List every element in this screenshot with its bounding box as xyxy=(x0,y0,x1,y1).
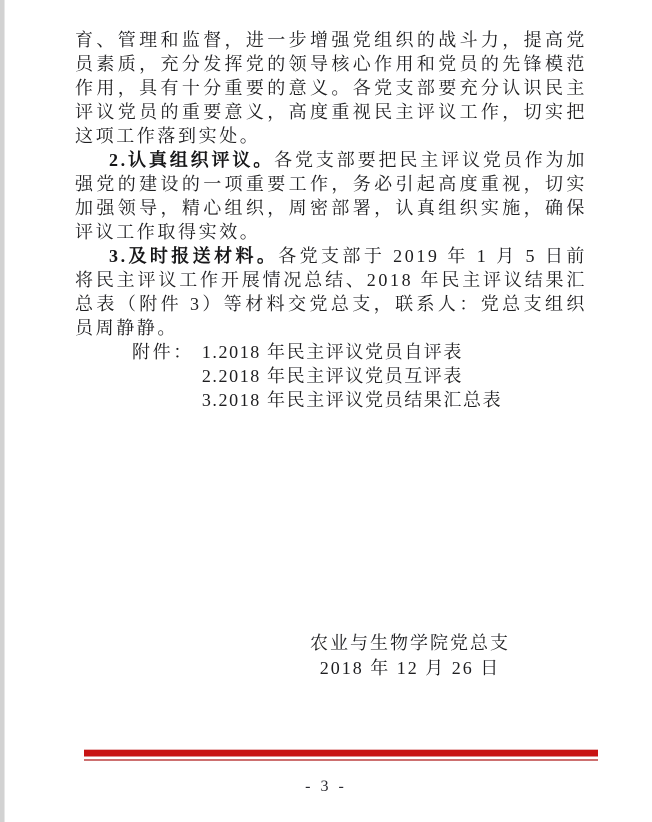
paragraph-2: 2.认真组织评议。各党支部要把民主评议党员作为加强党的建设的一项重要工作，务必引… xyxy=(75,148,587,244)
attachment-item: 2.2018 年民主评议党员互评表 xyxy=(202,364,502,388)
signature-org: 农业与生物学院党总支 xyxy=(250,631,570,656)
paragraph-3-lead: 3.及时报送材料。 xyxy=(109,246,278,266)
paragraph-continuation: 育、管理和监督，进一步增强党组织的战斗力，提高党员素质，充分发挥党的领导核心作用… xyxy=(75,28,587,148)
footer-rule-thick xyxy=(84,749,598,757)
body-text: 育、管理和监督，进一步增强党组织的战斗力，提高党员素质，充分发挥党的领导核心作用… xyxy=(75,28,587,412)
signature-block: 农业与生物学院党总支 2018 年 12 月 26 日 xyxy=(250,631,570,681)
page-number: - 3 - xyxy=(0,778,652,796)
page-edge-strip xyxy=(0,0,5,822)
footer-rule-thin xyxy=(84,759,598,761)
attachments-list: 1.2018 年民主评议党员自评表 2.2018 年民主评议党员互评表 3.20… xyxy=(202,340,502,412)
footer-divider xyxy=(84,749,598,761)
attachments-block: 附件： 1.2018 年民主评议党员自评表 2.2018 年民主评议党员互评表 … xyxy=(75,340,587,412)
attachment-item: 1.2018 年民主评议党员自评表 xyxy=(202,340,502,364)
document-page: { "page": { "page_number": "- 3 -", "acc… xyxy=(0,0,652,822)
attachment-item: 3.2018 年民主评议党员结果汇总表 xyxy=(202,388,502,412)
attachments-label: 附件： xyxy=(132,340,194,412)
paragraph-2-lead: 2.认真组织评议。 xyxy=(109,150,274,170)
paragraph-text: 育、管理和监督，进一步增强党组织的战斗力，提高党员素质，充分发挥党的领导核心作用… xyxy=(75,30,587,146)
paragraph-3: 3.及时报送材料。各党支部于 2019 年 1 月 5 日前将民主评议工作开展情… xyxy=(75,244,587,340)
signature-date: 2018 年 12 月 26 日 xyxy=(250,656,570,681)
